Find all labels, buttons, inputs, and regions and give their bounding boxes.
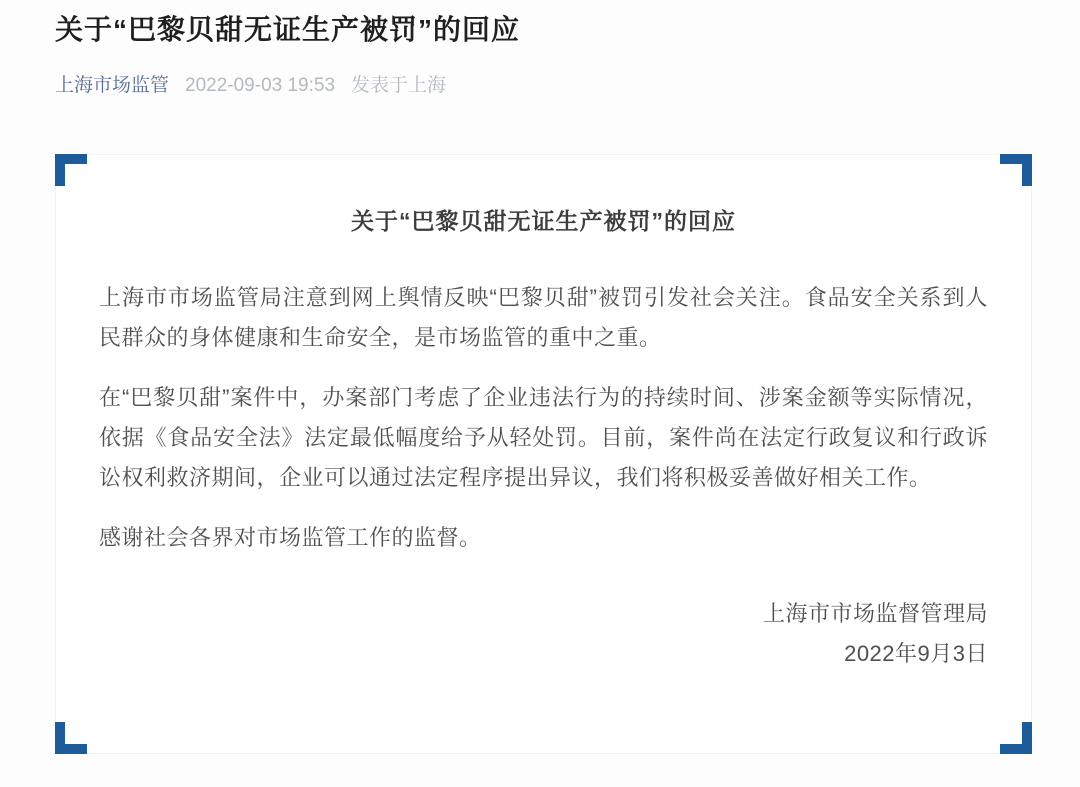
corner-bracket-top-right-icon [1000,154,1032,186]
notice-card: 关于“巴黎贝甜无证生产被罚”的回应 上海市市场监管局注意到网上舆情反映“巴黎贝甜… [55,154,1032,754]
article-title: 关于“巴黎贝甜无证生产被罚”的回应 [55,12,1025,48]
corner-bracket-bottom-right-icon [1000,722,1032,754]
notice-paragraph: 上海市市场监管局注意到网上舆情反映“巴黎贝甜”被罚引发社会关注。食品安全关系到人… [99,278,988,358]
corner-bracket-bottom-left-icon [55,722,87,754]
signature-date: 2022年9月3日 [99,634,988,674]
corner-bracket-top-left-icon [55,154,87,186]
notice-body: 关于“巴黎贝甜无证生产被罚”的回应 上海市市场监管局注意到网上舆情反映“巴黎贝甜… [56,155,1031,674]
notice-paragraph: 在“巴黎贝甜”案件中，办案部门考虑了企业违法行为的持续时间、涉案金额等实际情况，… [99,378,988,498]
publish-location: 发表于上海 [351,70,446,97]
signature-name: 上海市市场监督管理局 [99,594,988,634]
page-header: 关于“巴黎贝甜无证生产被罚”的回应 上海市场监管 2022-09-03 19:5… [0,0,1080,97]
signature-block: 上海市市场监督管理局 2022年9月3日 [99,594,988,674]
byline: 上海市场监管 2022-09-03 19:53 发表于上海 [55,70,1025,97]
account-name-link[interactable]: 上海市场监管 [55,70,169,97]
publish-time: 2022-09-03 19:53 [185,75,335,97]
notice-paragraph: 感谢社会各界对市场监管工作的监督。 [99,518,988,558]
notice-title: 关于“巴黎贝甜无证生产被罚”的回应 [99,203,988,236]
